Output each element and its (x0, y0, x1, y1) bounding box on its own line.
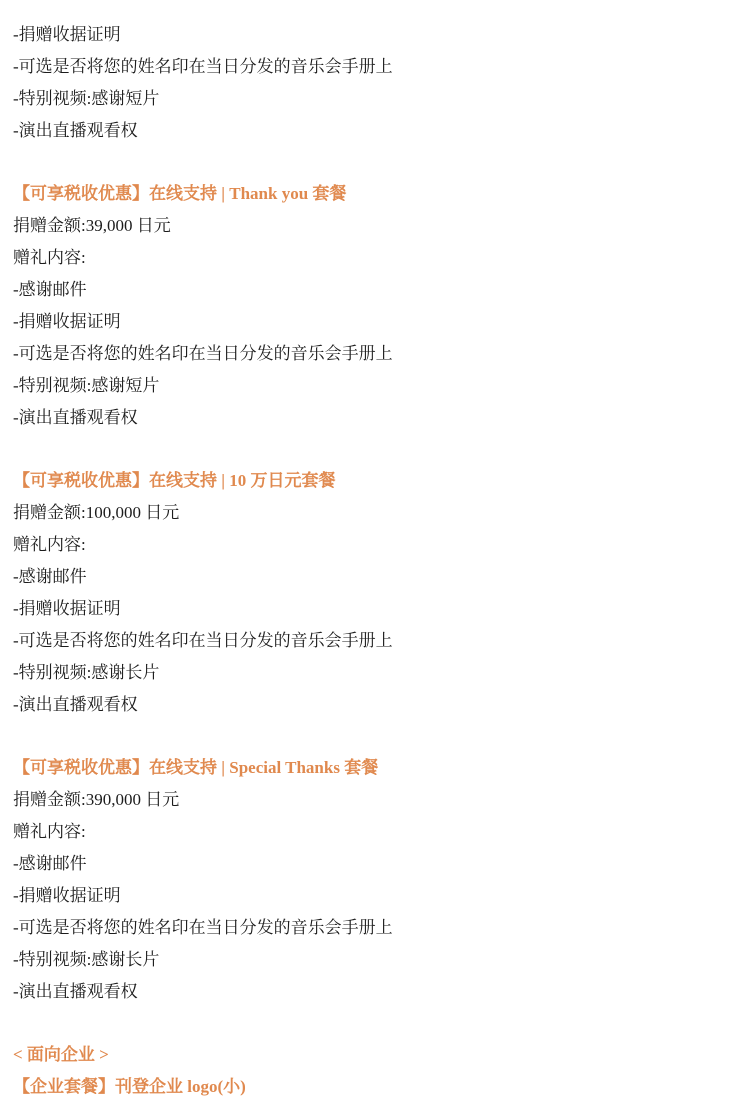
gift-item: -可选是否将您的姓名印在当日分发的音乐会手册上 (13, 912, 720, 944)
donation-amount-line: 捐赠金额:39,000 日元 (13, 210, 720, 242)
document-page: -捐赠收据证明 -可选是否将您的姓名印在当日分发的音乐会手册上 -特别视频:感谢… (0, 0, 736, 1103)
gift-item: -捐赠收据证明 (13, 880, 720, 912)
intro-gift-list: -捐赠收据证明 -可选是否将您的姓名印在当日分发的音乐会手册上 -特别视频:感谢… (13, 19, 720, 147)
gifts-label: 赠礼内容: (13, 816, 720, 848)
gift-item: -可选是否将您的姓名印在当日分发的音乐会手册上 (13, 51, 720, 83)
gifts-label: 赠礼内容: (13, 242, 720, 274)
gift-item: -特别视频:感谢长片 (13, 657, 720, 689)
package-title: 【可享税收优惠】在线支持 | Special Thanks 套餐 (13, 752, 720, 784)
corporate-package-title: 【企业套餐】刊登企业 logo(小) (13, 1071, 720, 1103)
gift-item: -演出直播观看权 (13, 976, 720, 1008)
package-section-thank-you: 【可享税收优惠】在线支持 | Thank you 套餐 捐赠金额:39,000 … (13, 178, 720, 434)
gift-item: -捐赠收据证明 (13, 306, 720, 338)
gift-item: -演出直播观看权 (13, 402, 720, 434)
corporate-heading: < 面向企业 > (13, 1039, 720, 1071)
gift-item: -捐赠收据证明 (13, 19, 720, 51)
gift-item: -感谢邮件 (13, 561, 720, 593)
gifts-label: 赠礼内容: (13, 529, 720, 561)
gift-item: -特别视频:感谢短片 (13, 370, 720, 402)
gift-item: -可选是否将您的姓名印在当日分发的音乐会手册上 (13, 338, 720, 370)
package-title: 【可享税收优惠】在线支持 | Thank you 套餐 (13, 178, 720, 210)
gift-item: -可选是否将您的姓名印在当日分发的音乐会手册上 (13, 625, 720, 657)
gift-item: -捐赠收据证明 (13, 593, 720, 625)
package-section-100k-yen: 【可享税收优惠】在线支持 | 10 万日元套餐 捐赠金额:100,000 日元 … (13, 465, 720, 721)
donation-amount-line: 捐赠金额:390,000 日元 (13, 784, 720, 816)
package-title: 【可享税收优惠】在线支持 | 10 万日元套餐 (13, 465, 720, 497)
gift-item: -感谢邮件 (13, 848, 720, 880)
gift-item: -演出直播观看权 (13, 689, 720, 721)
package-section-special-thanks: 【可享税收优惠】在线支持 | Special Thanks 套餐 捐赠金额:39… (13, 752, 720, 1008)
gift-item: -特别视频:感谢长片 (13, 944, 720, 976)
gift-item: -特别视频:感谢短片 (13, 83, 720, 115)
corporate-section: < 面向企业 > 【企业套餐】刊登企业 logo(小) (13, 1039, 720, 1103)
donation-amount-line: 捐赠金额:100,000 日元 (13, 497, 720, 529)
gift-item: -演出直播观看权 (13, 115, 720, 147)
gift-item: -感谢邮件 (13, 274, 720, 306)
